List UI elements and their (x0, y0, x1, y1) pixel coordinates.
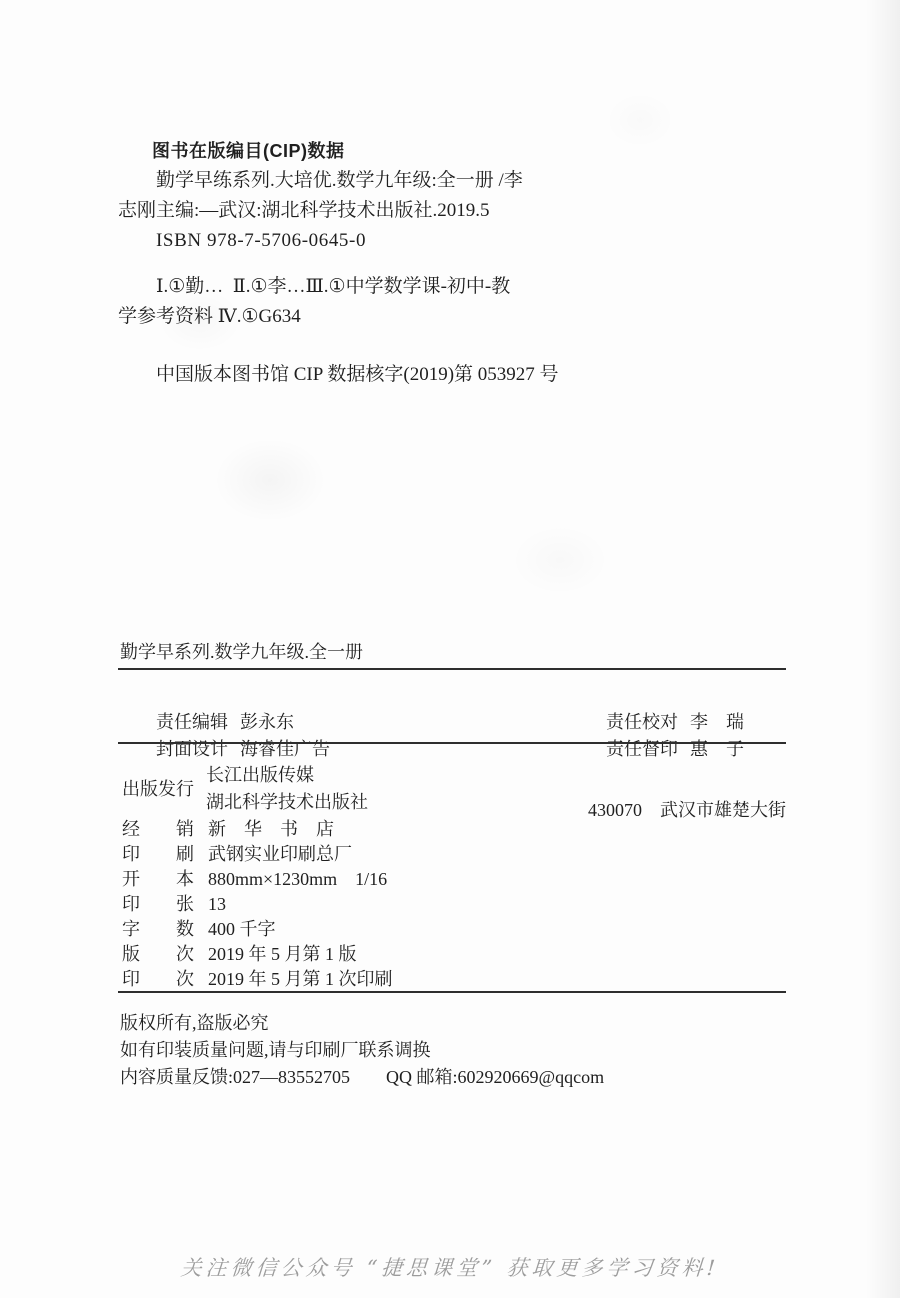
info-row-distribution: 经 销 新 华 书 店 (122, 818, 722, 843)
cip-heading: 图书在版编目(CIP)数据 (152, 136, 718, 166)
info-label: 经 销 (122, 818, 198, 843)
info-row-sheets: 印 张 13 (122, 893, 722, 918)
cip-block: 图书在版编目(CIP)数据 勤学早练系列.大培优.数学九年级:全一册 /李 志刚… (118, 136, 718, 390)
footer-notices: 版权所有,盗版必究 如有印装质量问题,请与印刷厂联系调换 内容质量反馈:027—… (120, 1010, 604, 1091)
copyright-notice: 版权所有,盗版必究 (120, 1010, 604, 1037)
cip-isbn: ISBN 978-7-5706-0645-0 (156, 226, 718, 256)
cip-class-line1: Ⅰ.①勤… Ⅱ.①李…Ⅲ.①中学数学课-初中-教 (156, 272, 718, 302)
info-value: 13 (208, 893, 226, 918)
publisher-line1: 长江出版传媒 (206, 762, 368, 789)
staff-pair: 责任督印惠 子 (570, 714, 744, 782)
divider-middle (118, 742, 786, 744)
feedback-contact: 内容质量反馈:027—83552705 QQ 邮箱:602920669@qqco… (120, 1064, 604, 1091)
scan-edge-shade (866, 0, 900, 1298)
cip-class-line2: 学参考资料 Ⅳ.①G634 (118, 302, 718, 332)
staff-row: 责任编辑彭永东 责任校对李 瑞 (120, 687, 786, 714)
cip-title-line1: 勤学早练系列.大培优.数学九年级:全一册 /李 (156, 166, 718, 196)
publisher-postcode: 430070 (588, 800, 642, 820)
staff-row: 封面设计海睿佳广告 责任督印惠 子 (120, 714, 786, 741)
staff-block: 责任编辑彭永东 责任校对李 瑞 封面设计海睿佳广告 责任督印惠 子 (120, 687, 786, 741)
cip-title-line2: 志刚主编:—武汉:湖北科学技术出版社.2019.5 (118, 196, 718, 226)
info-label: 字 数 (122, 918, 198, 943)
info-label: 开 本 (122, 868, 198, 893)
info-value: 2019 年 5 月第 1 次印刷 (208, 968, 393, 993)
info-row-wordcount: 字 数 400 千字 (122, 918, 722, 943)
divider-top (118, 668, 786, 670)
series-title: 勤学早系列.数学九年级.全一册 (120, 638, 363, 664)
printing-info-block: 经 销 新 华 书 店 印 刷 武钢实业印刷总厂 开 本 880mm×1230m… (122, 818, 722, 993)
info-row-printer: 印 刷 武钢实业印刷总厂 (122, 843, 722, 868)
info-label: 印 刷 (122, 843, 198, 868)
info-value: 新 华 书 店 (208, 818, 334, 843)
quality-notice: 如有印装质量问题,请与印刷厂联系调换 (120, 1037, 604, 1064)
info-label: 印 次 (122, 968, 198, 993)
info-value: 400 千字 (208, 918, 276, 943)
publisher-line2: 湖北科学技术出版社 (206, 789, 368, 816)
publisher-names: 长江出版传媒 湖北科学技术出版社 (206, 762, 368, 816)
info-label: 印 张 (122, 893, 198, 918)
divider-bottom (118, 991, 786, 993)
info-row-format: 开 本 880mm×1230mm 1/16 (122, 868, 722, 893)
publisher-label: 出版发行 (122, 775, 194, 801)
copyright-page: 图书在版编目(CIP)数据 勤学早练系列.大培优.数学九年级:全一册 /李 志刚… (0, 0, 900, 1298)
cip-registry: 中国版本图书馆 CIP 数据核字(2019)第 053927 号 (156, 360, 718, 390)
handwritten-watermark: 关注微信公众号 “捷思课堂” 获取更多学习资料! (0, 1252, 900, 1282)
info-label: 版 次 (122, 943, 198, 968)
info-value: 2019 年 5 月第 1 版 (208, 943, 357, 968)
info-row-edition: 版 次 2019 年 5 月第 1 版 (122, 943, 722, 968)
info-row-impression: 印 次 2019 年 5 月第 1 次印刷 (122, 968, 722, 993)
info-value: 武钢实业印刷总厂 (208, 843, 352, 868)
publisher-street: 武汉市雄楚大街 (660, 800, 786, 820)
info-value: 880mm×1230mm 1/16 (208, 868, 387, 893)
